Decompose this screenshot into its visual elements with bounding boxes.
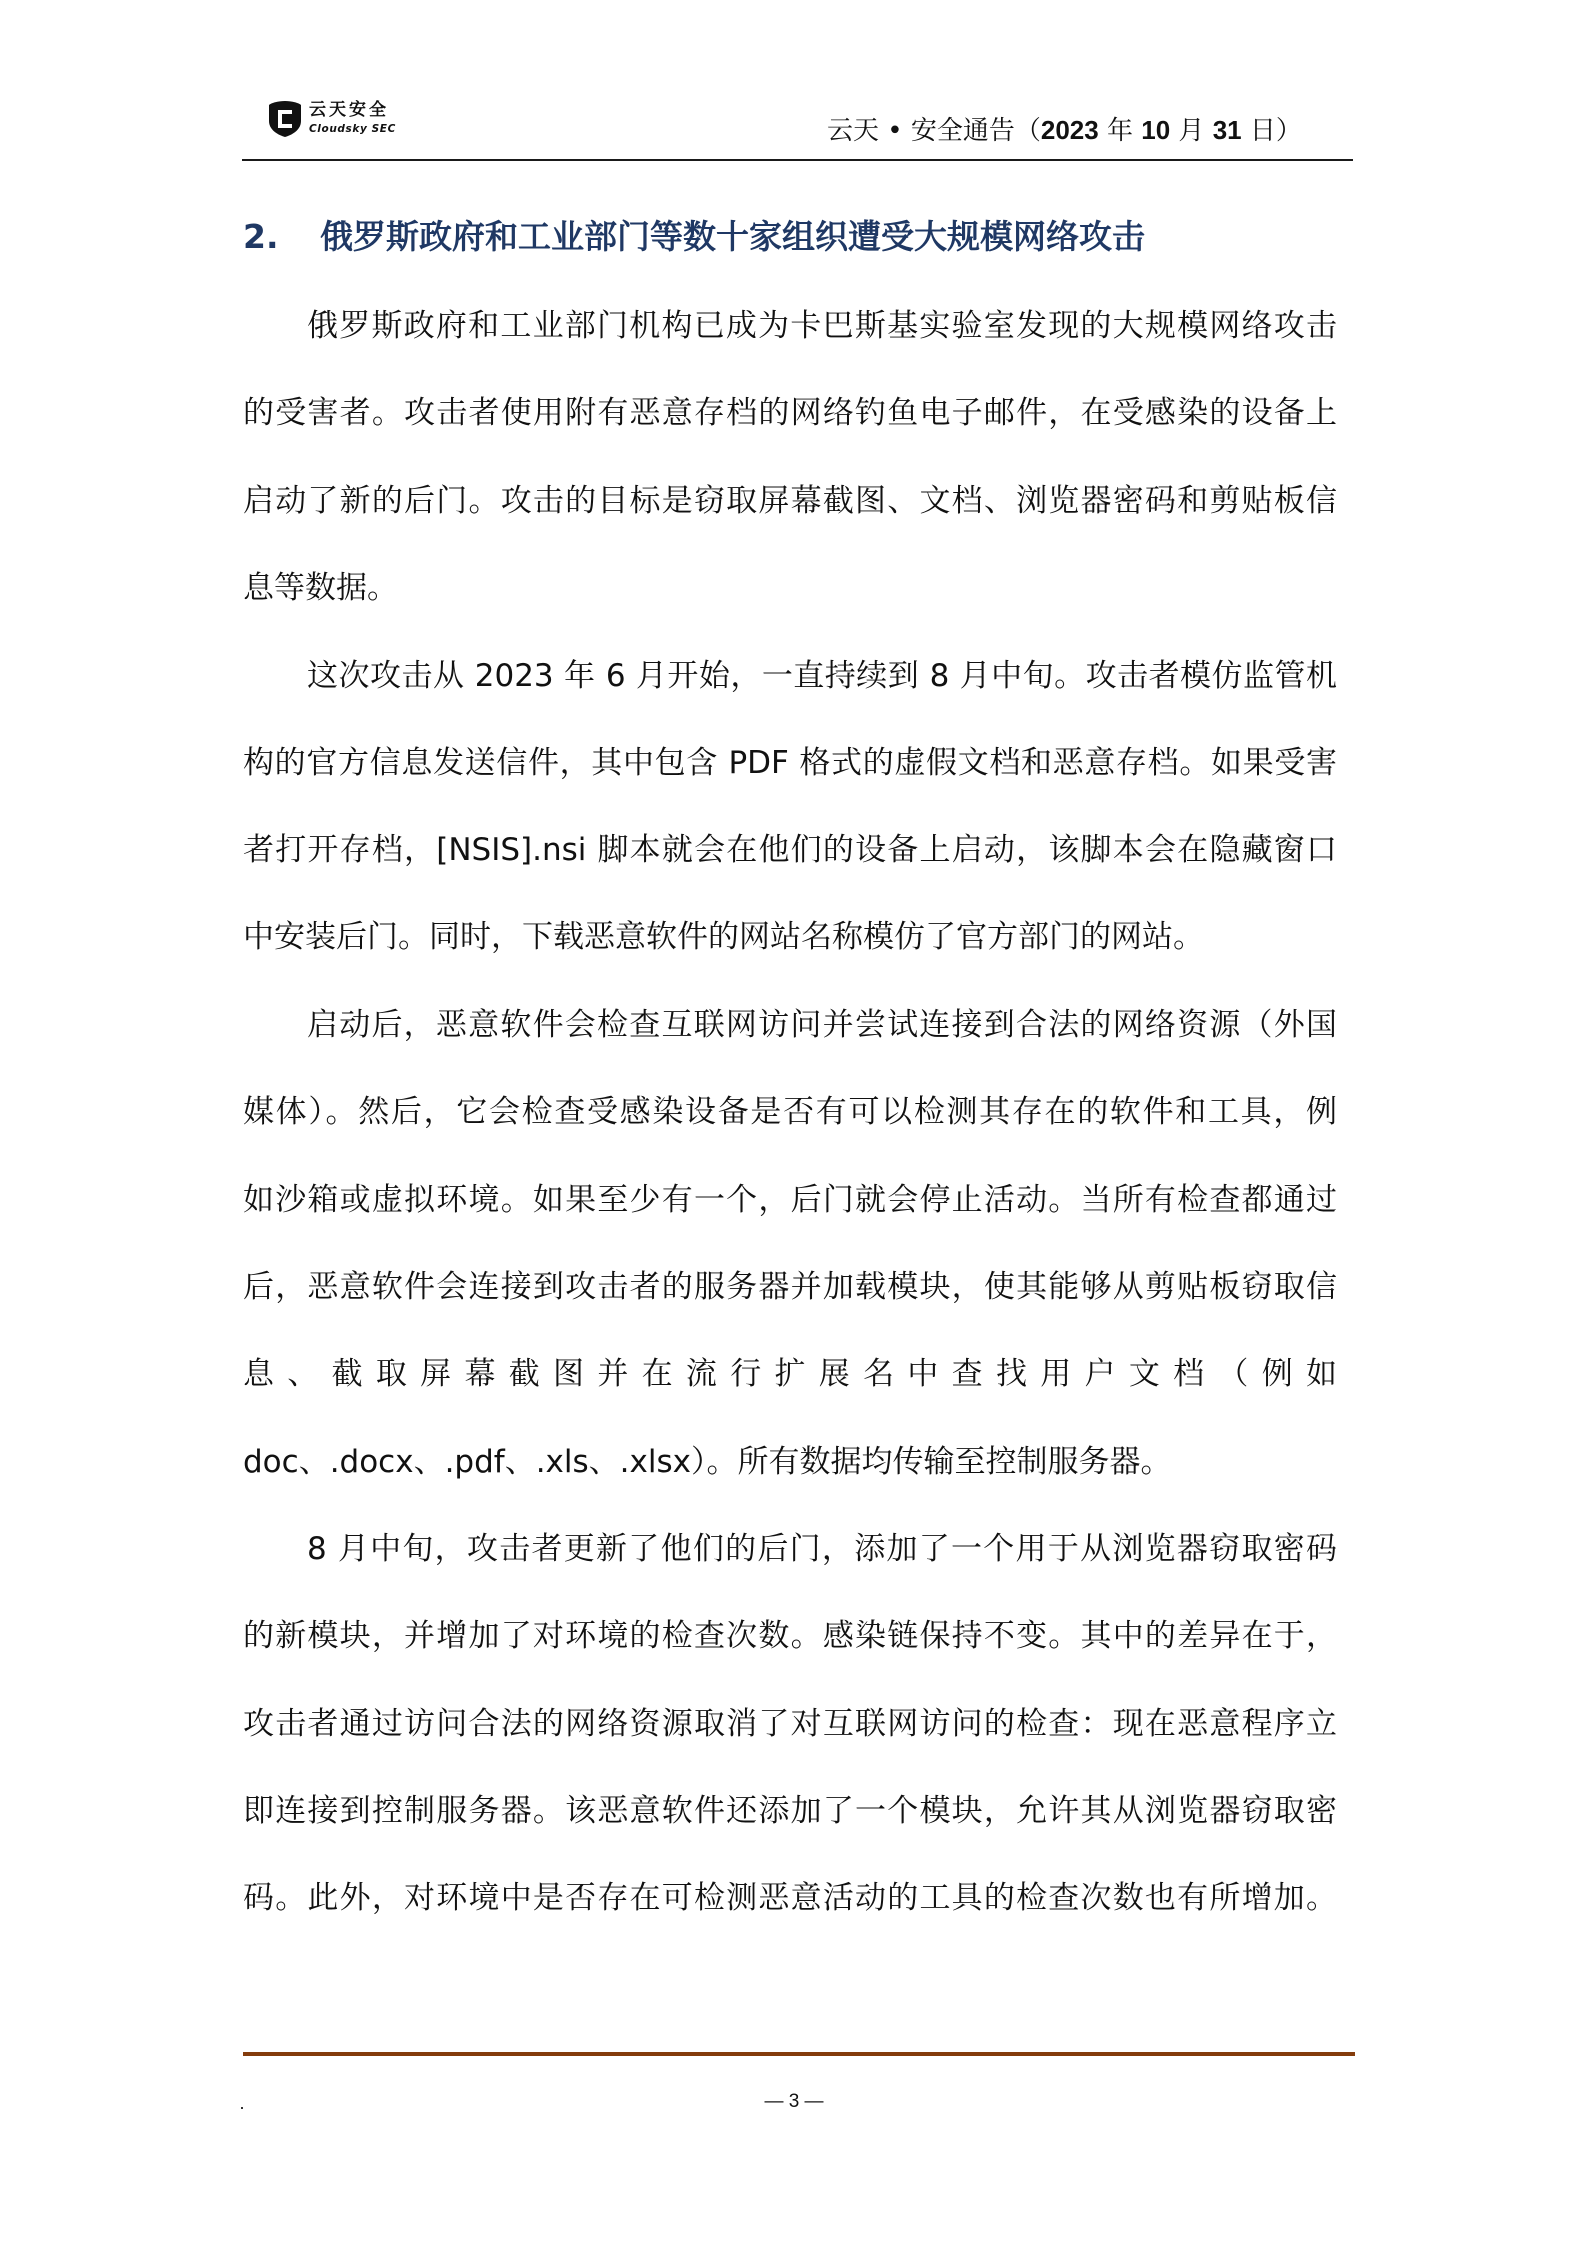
bulletin-year-unit: 年 xyxy=(1099,116,1142,146)
paragraph-line: 构的官方信息发送信件，其中包含 PDF 格式的虚假文档和恶意存档。如果受害 xyxy=(243,741,1337,785)
paragraph-line: 启动后，恶意软件会检查互联网访问并尝试连接到合法的网络资源（外国 xyxy=(307,1003,1337,1047)
header-divider xyxy=(242,159,1353,161)
paragraph-line: 中安装后门。同时，下载恶意软件的网站名称模仿了官方部门的网站。 xyxy=(243,915,1337,959)
paragraph-line: doc、.docx、.pdf、.xls、.xlsx）。所有数据均传输至控制服务器… xyxy=(243,1440,1337,1484)
paragraph-line: 8 月中旬，攻击者更新了他们的后门，添加了一个用于从浏览器窃取密码 xyxy=(307,1527,1337,1571)
footer-dot xyxy=(241,2107,243,2109)
document-page: 云天安全 Cloudsky SEC 云天 • 安全通告（2023 年 10 月 … xyxy=(0,0,1587,2245)
paragraph-line: 息等数据。 xyxy=(243,566,1337,610)
section-number: 2. xyxy=(243,216,320,258)
bulletin-day-unit: 日） xyxy=(1242,116,1302,146)
paragraph-line: 的新模块，并增加了对环境的检查次数。感染链保持不变。其中的差异在于， xyxy=(243,1614,1337,1658)
footer-divider xyxy=(243,2052,1355,2056)
bulletin-month: 10 xyxy=(1141,115,1170,145)
bulletin-title: 云天 • 安全通告（2023 年 10 月 31 日） xyxy=(827,114,1302,147)
logo-name-cn: 云天安全 xyxy=(309,100,389,120)
section-heading: 2.俄罗斯政府和工业部门等数十家组织遭受大规模网络攻击 xyxy=(243,216,1145,258)
bulletin-year: 2023 xyxy=(1041,115,1099,145)
paragraph-line: 息 、 截 取 屏 幕 截 图 并 在 流 行 扩 展 名 中 查 找 用 户 … xyxy=(243,1352,1337,1396)
paragraph-line: 如沙箱或虚拟环境。如果至少有一个，后门就会停止活动。当所有检查都通过 xyxy=(243,1178,1337,1222)
paragraph-line: 后，恶意软件会连接到攻击者的服务器并加载模块，使其能够从剪贴板窃取信 xyxy=(243,1265,1337,1309)
paragraph-line: 码。此外，对环境中是否存在可检测恶意活动的工具的检查次数也有所增加。 xyxy=(243,1876,1337,1920)
bulletin-title-prefix: 云天 • 安全通告（ xyxy=(827,116,1041,146)
paragraph-line: 这次攻击从 2023 年 6 月开始，一直持续到 8 月中旬。攻击者模仿监管机 xyxy=(307,654,1337,698)
logo-name-en: Cloudsky SEC xyxy=(309,123,396,135)
paragraph-line: 攻击者通过访问合法的网络资源取消了对互联网访问的检查：现在恶意程序立 xyxy=(243,1702,1337,1746)
company-logo: 云天安全 Cloudsky SEC xyxy=(268,99,408,139)
section-title: 俄罗斯政府和工业部门等数十家组织遭受大规模网络攻击 xyxy=(320,217,1145,256)
paragraph-line: 媒体）。然后，它会检查受感染设备是否有可以检测其存在的软件和工具，例 xyxy=(243,1090,1337,1134)
bulletin-month-unit: 月 xyxy=(1170,116,1213,146)
paragraph-line: 俄罗斯政府和工业部门机构已成为卡巴斯基实验室发现的大规模网络攻击 xyxy=(307,304,1337,348)
paragraph-line: 启动了新的后门。攻击的目标是窃取屏幕截图、文档、浏览器密码和剪贴板信 xyxy=(243,479,1337,523)
page-number: — 3 — xyxy=(744,2088,844,2116)
paragraph-line: 者打开存档，[NSIS].nsi 脚本就会在他们的设备上启动，该脚本会在隐藏窗口 xyxy=(243,828,1337,872)
bulletin-day: 31 xyxy=(1213,115,1242,145)
shield-c-icon xyxy=(268,100,302,138)
paragraph-line: 的受害者。攻击者使用附有恶意存档的网络钓鱼电子邮件，在受感染的设备上 xyxy=(243,391,1337,435)
paragraph-line: 即连接到控制服务器。该恶意软件还添加了一个模块，允许其从浏览器窃取密 xyxy=(243,1789,1337,1833)
